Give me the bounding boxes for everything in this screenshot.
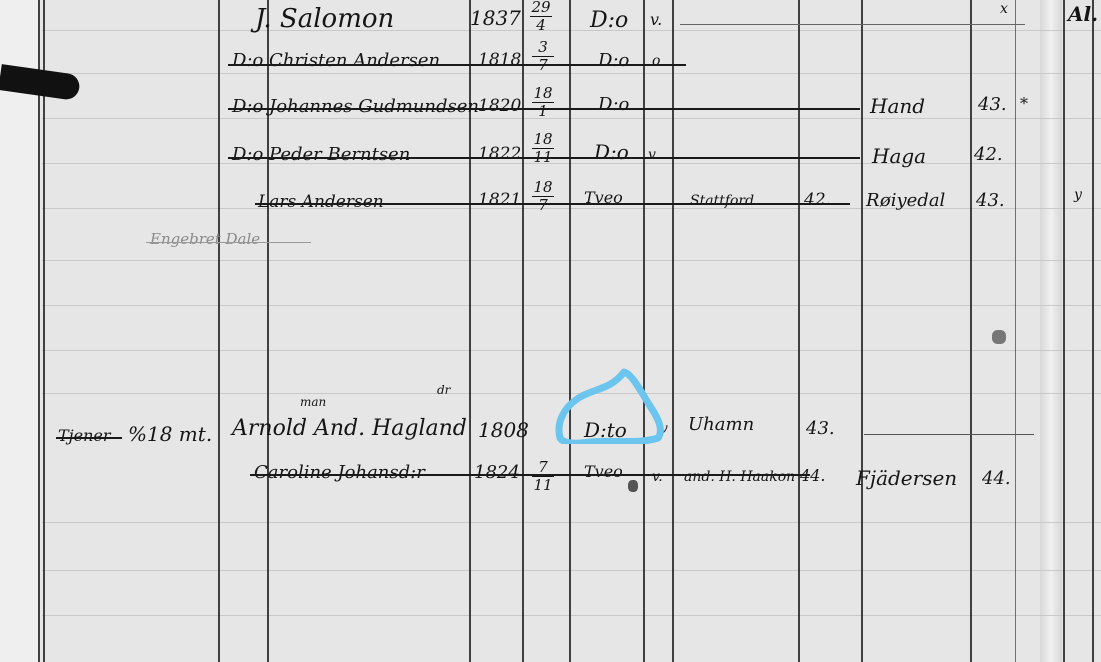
entry-place: D:o [594, 142, 629, 162]
entry-dest-num: 43. [806, 420, 835, 438]
ruling [42, 30, 1101, 31]
entry-name: Caroline Johansd:r [254, 464, 425, 482]
entry-prefix: %18 mt. [128, 424, 212, 444]
margin-mark: * [1020, 96, 1028, 112]
entry-name: J. Salomon [255, 6, 394, 32]
entry-dest-num: 42. [974, 146, 1003, 164]
entry-year: 1837 [470, 8, 521, 28]
entry-destination: Fjädersen [856, 468, 957, 488]
entry-dest-num: 43. [978, 96, 1007, 114]
ruling [42, 73, 1101, 74]
ruling [42, 118, 1101, 119]
entry-place: Tveo [584, 464, 623, 480]
strike-through [255, 203, 850, 205]
strike-through [250, 474, 810, 476]
rule-line [680, 24, 1025, 25]
entry-destination: Uhamn [688, 416, 754, 434]
strike-through [56, 437, 122, 439]
ink-blot [628, 480, 638, 492]
ruling [42, 350, 1101, 351]
column-line [569, 0, 571, 662]
entry-year: 1824 [474, 464, 520, 482]
entry-year: 1820 [478, 98, 521, 115]
ruling [42, 305, 1101, 306]
column-line [970, 0, 972, 662]
entry-date: 711 [532, 460, 554, 493]
faint-note: Engebret Dale [150, 232, 260, 247]
ruling [42, 615, 1101, 616]
entry-superscript: dr [437, 384, 450, 396]
strike-through [228, 157, 860, 159]
left-margin [0, 0, 38, 662]
column-line [1015, 0, 1016, 662]
ruling [42, 570, 1101, 571]
entry-destination: Hand [870, 96, 925, 116]
ruling [42, 260, 1101, 261]
entry-mark: v. [652, 470, 663, 484]
entry-dest-num: 43. [976, 192, 1005, 210]
entry-dest-num: 44. [982, 470, 1011, 488]
column-line [643, 0, 645, 662]
column-line [798, 0, 800, 662]
column-line [1063, 0, 1065, 662]
entry-year: 1818 [478, 52, 521, 69]
annotation-circle-icon [554, 366, 666, 444]
strike-through [146, 242, 311, 243]
margin-mark: y [1074, 188, 1082, 202]
entry-date: 1811 [532, 132, 554, 165]
column-line [522, 0, 524, 662]
entry-place: D:o [590, 10, 628, 32]
entry-year: 1821 [478, 192, 521, 209]
entry-name: D:o Peder Berntsen [232, 146, 410, 164]
page-fold [1040, 0, 1062, 662]
strike-through [228, 64, 686, 66]
entry-mark: v. [650, 12, 662, 28]
entry-extra: and. H. Haakon [684, 470, 795, 484]
entry-prefix-struck: Tjener [58, 428, 111, 444]
entry-date: 294 [530, 0, 552, 33]
margin-mark: x [1000, 2, 1008, 16]
ruling [42, 522, 1101, 523]
margin-mark: Al. [1068, 4, 1098, 24]
column-line [1092, 0, 1094, 662]
entry-destination: Haga [872, 146, 926, 166]
ruling [42, 163, 1101, 164]
entry-year: 1822 [478, 146, 521, 163]
column-line [38, 0, 40, 662]
rule-line [864, 434, 1034, 435]
entry-place: D:o [598, 96, 629, 114]
entry-place: D:o [598, 52, 629, 70]
column-line [43, 0, 45, 662]
entry-extra-num: 44. [800, 468, 825, 484]
entry-date: 187 [532, 180, 554, 213]
column-line [218, 0, 220, 662]
register-page-scan: J. Salomon 1837 294 D:o v. x Al. D:o Chr… [0, 0, 1101, 662]
entry-date: 37 [532, 40, 554, 73]
entry-superscript: man [300, 396, 326, 408]
entry-mark: v [648, 148, 656, 162]
entry-name: D:o Johannes Gudmundsen [232, 98, 479, 116]
entry-extra: Stattford [690, 194, 754, 208]
entry-year: 1808 [478, 420, 529, 440]
ink-blot [992, 330, 1006, 344]
column-line [672, 0, 674, 662]
entry-name: D:o Christen Andersen [232, 52, 440, 70]
entry-extra-num: 42. [804, 192, 831, 209]
column-line [861, 0, 863, 662]
entry-date: 181 [532, 86, 554, 119]
strike-through [228, 108, 860, 110]
entry-destination: Røiyedal [866, 192, 945, 210]
entry-name: Arnold And. Hagland [232, 418, 467, 440]
